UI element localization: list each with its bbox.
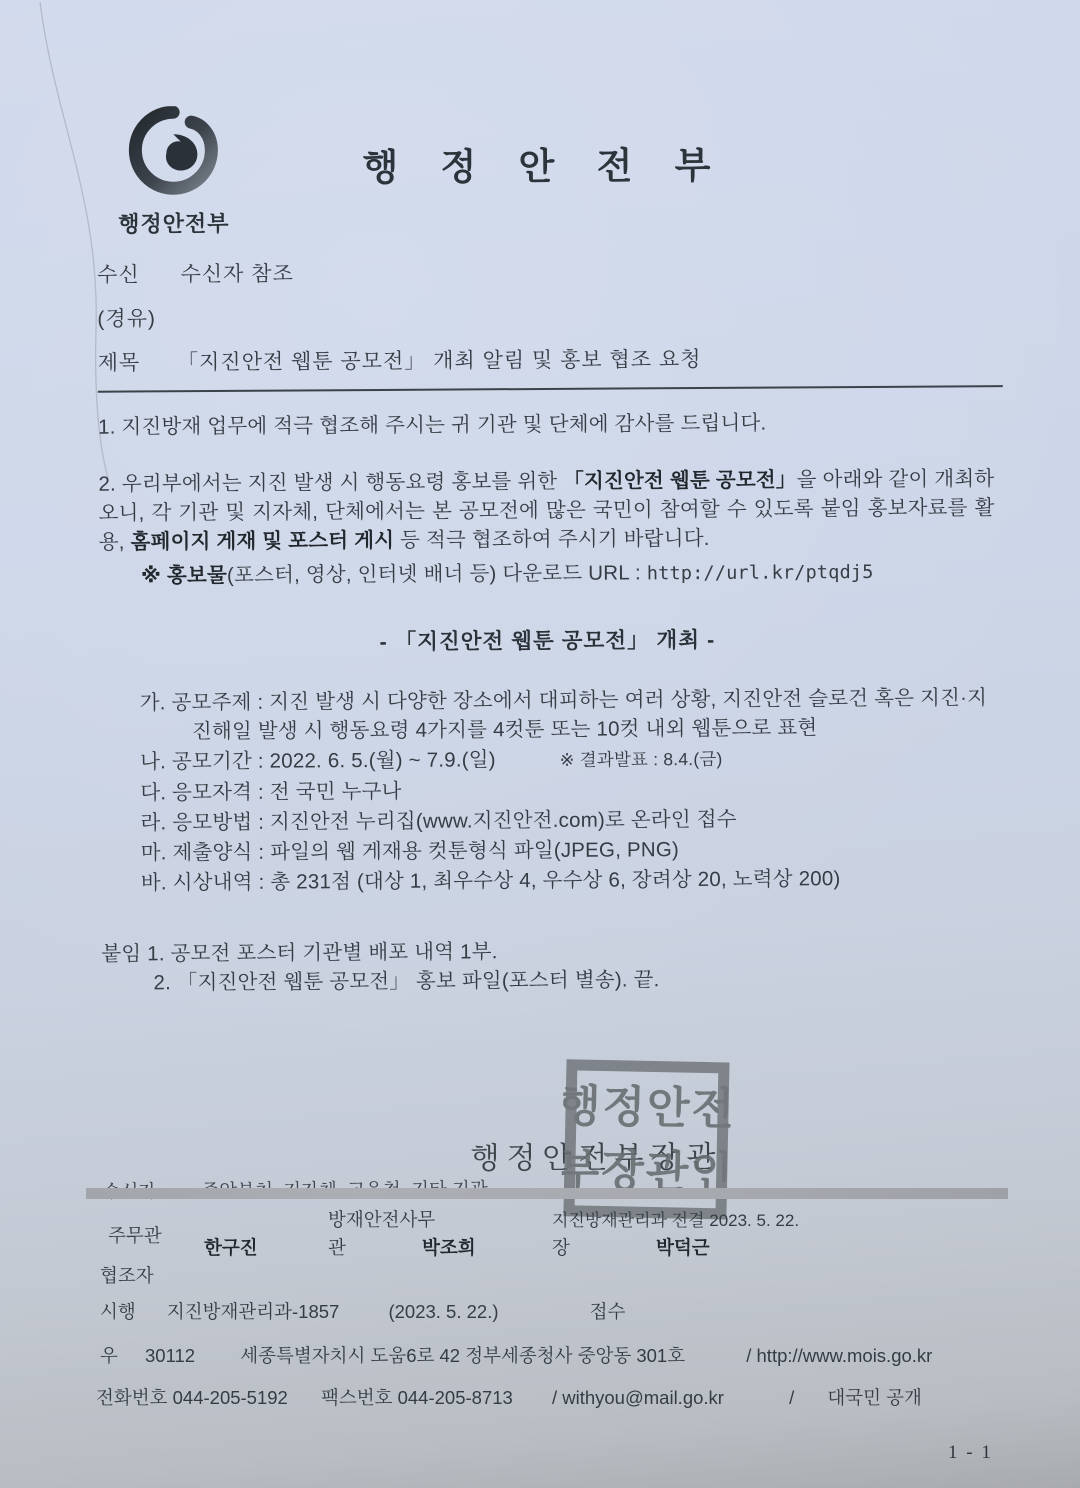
section-heading: - 「지진안전 웹툰 공모전」 개최 -	[99, 624, 995, 658]
list-item-format: 마. 제출양식 : 파일의 웹 게재용 컷툰형식 파일(JPEG, PNG)	[141, 833, 997, 867]
recipient-value: 수신자 참조	[180, 262, 293, 286]
item-label: 바.	[141, 871, 167, 894]
staff-name: 한구진	[204, 1234, 258, 1260]
download-note: ※ 홍보물(포스터, 영상, 인터넷 배너 등) 다운로드 URL : http…	[99, 556, 995, 591]
address-row: 우 30112 세종특별자치시 도움6로 42 정부세종청사 중앙동 301호 …	[100, 1342, 1040, 1368]
ministry-logo-label: 행정안전부	[109, 207, 239, 239]
exec-label: 시행	[100, 1301, 136, 1322]
subject-divider	[98, 385, 1003, 393]
posting-request-bold: 홈페이지 게재 및 포스터 게시	[130, 529, 394, 554]
officer-title-bottom: 관	[328, 1234, 346, 1260]
staff-label: 주무관	[108, 1222, 162, 1248]
ministry-logo-block: 행정안전부	[108, 106, 239, 239]
director-title-bottom: 장	[552, 1234, 570, 1260]
separator-slash: /	[789, 1387, 794, 1408]
download-url: http://url.kr/ptqdj5	[647, 562, 874, 584]
paragraph-2-text: 등 적극 협조하여 주시기 바랍니다.	[394, 527, 710, 552]
document-meta: 수신 수신자 참조 (경유) 제목 「지진안전 웹툰 공모전」 개최 알림 및 …	[97, 253, 1000, 393]
list-item-eligibility: 다. 응모자격 : 전 국민 누구나	[140, 773, 996, 807]
email-address: / withyou@mail.go.kr	[552, 1387, 724, 1408]
postal-label: 우	[100, 1345, 118, 1366]
cooperator-label: 협조자	[100, 1262, 154, 1288]
document-body: 1. 지진방재 업무에 적극 협조해 주시는 귀 기관 및 단체에 감사를 드립…	[98, 407, 998, 997]
contest-detail-list: 가. 공모주제 : 지진 발생 시 다양한 장소에서 대피하는 여러 상황, 지…	[100, 683, 997, 897]
receipt-label: 접수	[590, 1301, 626, 1322]
via-label: (경유)	[97, 307, 156, 330]
document-date: (2023. 5. 22.)	[388, 1301, 498, 1322]
via-row: (경유)	[97, 297, 999, 333]
paragraph-2-text: 2. 우리부에서는 지진 발생 시 행동요령 홍보를 위한	[98, 470, 563, 496]
website-url: / http://www.mois.go.kr	[746, 1345, 932, 1366]
subject-value: 「지진안전 웹툰 공모전」 개최 알림 및 홍보 협조 요청	[177, 348, 702, 374]
page-number: 1 - 1	[948, 1442, 993, 1464]
fax-label: 팩스번호	[321, 1387, 392, 1408]
subject-label: 제목	[98, 351, 141, 374]
director-name: 박덕근	[656, 1234, 710, 1260]
attachment-1-text: 1. 공모전 포스터 기관별 배포 내역 1부.	[147, 940, 498, 965]
disclosure-label: 대국민 공개	[827, 1387, 922, 1408]
subject-row: 제목 「지진안전 웹툰 공모전」 개최 알림 및 홍보 협조 요청	[98, 341, 1000, 377]
attachments: 붙임 1. 공모전 포스터 기관별 배포 내역 1부. 2. 「지진안전 웹툰 …	[101, 934, 997, 997]
item-text: 공모기간 : 2022. 6. 5.(월) ~ 7.9.(일)	[172, 748, 496, 773]
execution-row: 시행 지진방재관리과-1857 (2023. 5. 22.) 접수	[100, 1298, 1000, 1324]
item-label: 다.	[140, 781, 166, 804]
officials-row: 주무관 한구진 방재안전사무 관 박조희 지진방재관리과 전결 2023. 5.…	[100, 1206, 1000, 1268]
contact-row: 전화번호 044-205-5192 팩스번호 044-205-8713 / wi…	[96, 1384, 1046, 1410]
item-text: 응모방법 : 지진안전 누리집(www.지진안전.com)로 온라인 접수	[172, 808, 737, 834]
document-number: 지진방재관리과-1857	[167, 1301, 339, 1322]
note-text: (포스터, 영상, 인터넷 배너 등) 다운로드 URL :	[227, 561, 647, 587]
result-date-note: ※ 결과발표 : 8.4.(금)	[560, 745, 723, 775]
director-approval-line: 지진방재관리과 전결 2023. 5. 22.	[552, 1206, 799, 1231]
paragraph-1: 1. 지진방재 업무에 적극 협조해 주시는 귀 기관 및 단체에 감사를 드립…	[98, 407, 994, 441]
document-page: 행정안전부 행 정 안 전 부 수신 수신자 참조 (경유) 제목 「지진안전 …	[0, 0, 1080, 1488]
phone-number: 044-205-5192	[173, 1387, 288, 1408]
item-label: 라.	[140, 811, 166, 834]
postal-code: 30112	[145, 1345, 195, 1366]
item-label: 마.	[141, 841, 167, 864]
attachment-line-2: 2. 「지진안전 웹툰 공모전」 홍보 파일(포스터 별송). 끝.	[101, 963, 997, 997]
list-item-prizes: 바. 시상내역 : 총 231점 (대상 1, 최우수상 4, 우수상 6, 장…	[141, 863, 997, 897]
officer-name: 박조희	[422, 1234, 476, 1260]
mois-taegeuk-logo-icon	[125, 106, 222, 199]
paragraph-2: 2. 우리부에서는 지진 발생 시 행동요령 홍보를 위한 「지진안전 웹툰 공…	[98, 464, 995, 556]
list-item-topic: 가. 공모주제 : 지진 발생 시 다양한 장소에서 대피하는 여러 상황, 지…	[140, 683, 996, 746]
item-text: 응모자격 : 전 국민 누구나	[172, 780, 402, 804]
officer-title-top: 방재안전사무	[328, 1206, 435, 1232]
attachment-label: 붙임	[101, 942, 141, 965]
address-value: 세종특별자치시 도움6로 42 정부세종청사 중앙동 301호	[240, 1345, 685, 1366]
list-item-period: 나. 공모기간 : 2022. 6. 5.(월) ~ 7.9.(일)※ 결과발표…	[140, 742, 996, 777]
item-label: 나.	[140, 750, 166, 773]
seal-text-line1: 행정안전	[561, 1081, 732, 1135]
contest-name-bold: 「지진안전 웹툰 공모전」	[563, 468, 796, 492]
fax-number: 044-205-8713	[398, 1387, 513, 1408]
recipient-row: 수신 수신자 참조	[97, 253, 999, 289]
list-item-method: 라. 응모방법 : 지진안전 누리집(www.지진안전.com)로 온라인 접수	[140, 803, 996, 837]
item-text: 시상내역 : 총 231점 (대상 1, 최우수상 4, 우수상 6, 장려상 …	[173, 867, 841, 894]
footer-divider-bar	[86, 1188, 1008, 1199]
attachment-2-text: 2. 「지진안전 웹툰 공모전」 홍보 파일(포스터 별송). 끝.	[153, 968, 659, 994]
recipient-label: 수신	[97, 263, 140, 286]
item-text: 제출양식 : 파일의 웹 게재용 컷툰형식 파일(JPEG, PNG)	[172, 838, 679, 864]
note-bold: ※ 홍보물	[141, 564, 227, 588]
phone-label: 전화번호	[96, 1387, 167, 1408]
item-label: 가.	[140, 691, 166, 714]
item-text: 공모주제 : 지진 발생 시 다양한 장소에서 대피하는 여러 상황, 지진안전…	[171, 686, 987, 743]
